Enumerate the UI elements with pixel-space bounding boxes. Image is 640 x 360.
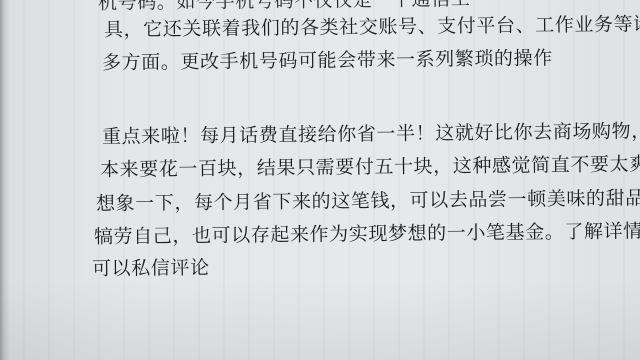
text-line: 重点来啦！每月话费直接给你省一半！这就好比你去商场购物， bbox=[102, 117, 622, 149]
text-line: 想象一下，每个月省下来的这笔钱，可以去品尝一顿美味的甜品 bbox=[96, 184, 616, 216]
text-line: 犒劳自己，也可以存起来作为实现梦想的一小笔基金。了解详情 bbox=[94, 217, 614, 249]
text-line: 具，它还关联着我们的各类社交账号、支付平台、工作业务等诸 bbox=[104, 10, 624, 42]
text-line: 可以私信评论 bbox=[92, 249, 612, 281]
printed-paper-photo: 机号码。如今手机号码不仅仅是一个通信工 具，它还关联着我们的各类社交账号、支付平… bbox=[0, 0, 640, 360]
text-line: 多方面。更改手机号码可能会带来一系列繁琐的操作 bbox=[102, 43, 622, 75]
text-line: 本来要花一百块，结果只需要付五十块，这种感觉简直不要太爽！ bbox=[100, 150, 620, 182]
